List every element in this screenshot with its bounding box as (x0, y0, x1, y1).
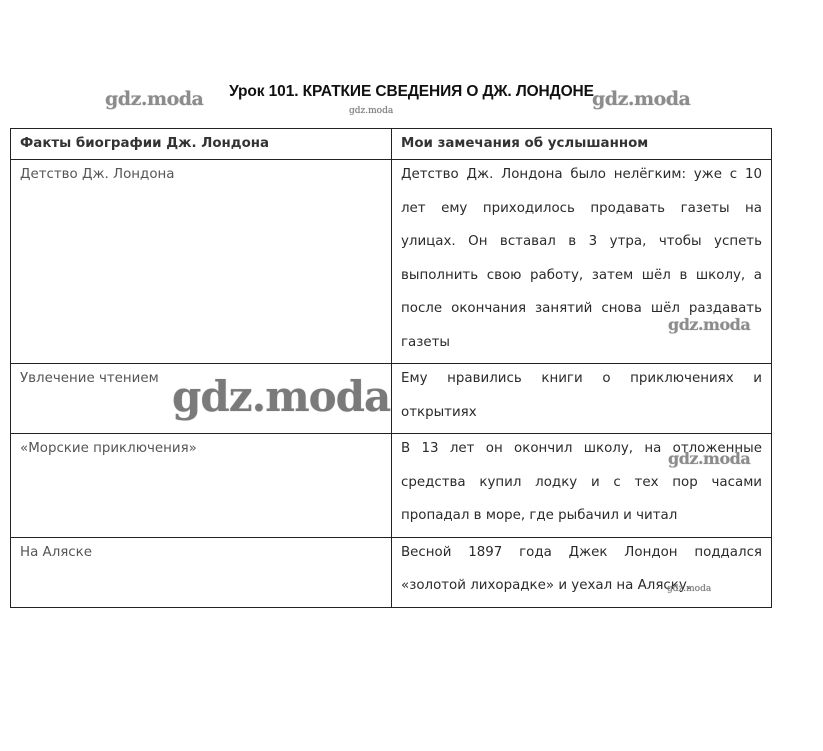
watermark-logo: gdz.moda (668, 449, 750, 468)
watermark-logo: gdz.moda (667, 584, 711, 594)
table-row: «Морские приключения» В 13 лет он окончи… (11, 434, 772, 538)
watermark-logo: gdz.moda (592, 88, 690, 110)
fact-text: Детство Дж. Лондона (20, 158, 382, 192)
watermark-logo: gdz.moda (172, 372, 390, 421)
table-header-row: Факты биографии Дж. Лондона Мои замечани… (11, 129, 772, 160)
note-text: Ему нравились книги о приключениях и отк… (401, 362, 762, 429)
table-row: Увлечение чтением Ему нравились книги о … (11, 364, 772, 434)
fact-cell: Детство Дж. Лондона (11, 160, 392, 364)
watermark-logo: gdz.moda (668, 315, 750, 334)
fact-text: На Аляске (20, 536, 382, 570)
table-row: Детство Дж. Лондона Детство Дж. Лондона … (11, 160, 772, 364)
note-cell: Весной 1897 года Джек Лондон поддался «з… (392, 537, 772, 607)
biography-table: Факты биографии Дж. Лондона Мои замечани… (10, 128, 772, 608)
note-cell: Ему нравились книги о приключениях и отк… (392, 364, 772, 434)
note-text: В 13 лет он окончил школу, на отложенные… (401, 432, 762, 533)
fact-cell: «Морские приключения» (11, 434, 392, 538)
watermark-logo: gdz.moda (105, 88, 203, 110)
fact-cell: На Аляске (11, 537, 392, 607)
header-notes: Мои замечания об услышанном (392, 129, 772, 160)
watermark-logo: gdz.moda (349, 106, 393, 116)
fact-text: «Морские приключения» (20, 432, 382, 466)
table-row: На Аляске Весной 1897 года Джек Лондон п… (11, 537, 772, 607)
header-facts: Факты биографии Дж. Лондона (11, 129, 392, 160)
